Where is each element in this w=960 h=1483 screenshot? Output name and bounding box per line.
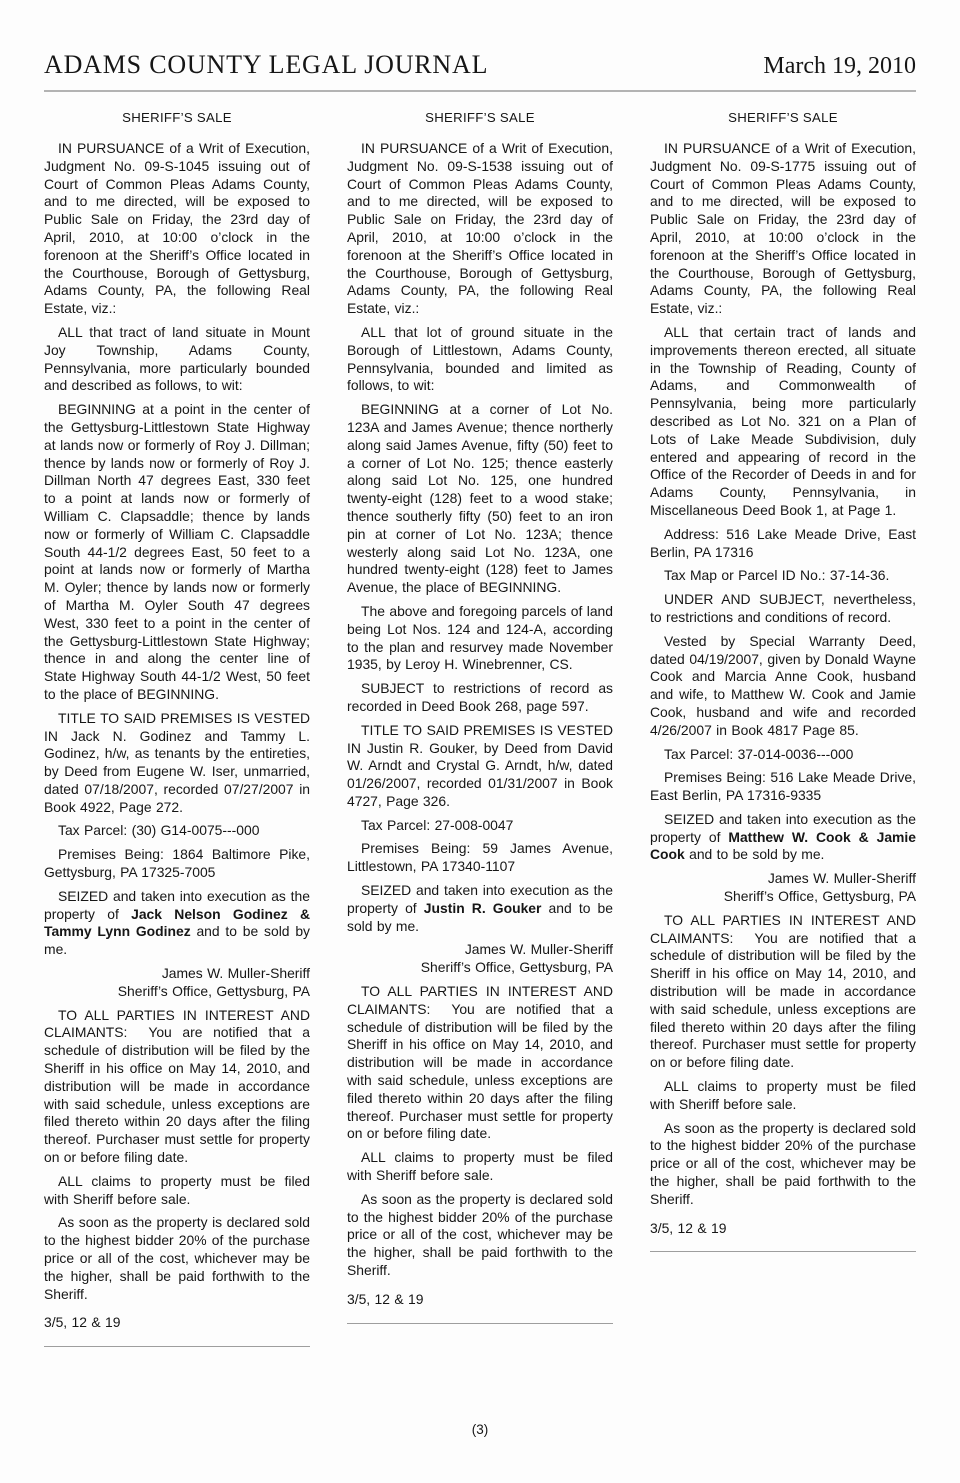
column-end-rule — [347, 1323, 613, 1324]
premises-line: Premises Being: 516 Lake Meade Drive, Ea… — [650, 769, 916, 805]
tax-parcel-line: Tax Parcel: (30) G14-0075---000 — [44, 822, 310, 840]
notice-heading: SHERIFF’S SALE — [44, 110, 310, 125]
metes-bounds-paragraph: BEGINNING at a corner of Lot No. 123A an… — [347, 401, 613, 597]
property-description-paragraph: ALL that tract of land situate in Mount … — [44, 324, 310, 395]
issue-date: March 19, 2010 — [763, 53, 916, 80]
notice-to-parties-paragraph: TO ALL PARTIES IN INTEREST AND CLAIMANTS… — [44, 1007, 310, 1167]
notice-columns: SHERIFF’S SALE IN PURSUANCE of a Writ of… — [0, 92, 960, 1347]
property-description-paragraph: ALL that certain tract of lands and impr… — [650, 324, 916, 520]
tax-parcel-line: Tax Parcel: 37-014-0036---000 — [650, 746, 916, 764]
page-number: (3) — [0, 1422, 960, 1437]
run-dates: 3/5, 12 & 19 — [347, 1291, 613, 1309]
seized-paragraph: SEIZED and taken into execution as the p… — [44, 888, 310, 959]
notice-heading: SHERIFF’S SALE — [650, 110, 916, 125]
claims-paragraph: ALL claims to property must be filed wit… — [650, 1078, 916, 1114]
journal-title: ADAMS COUNTY LEGAL JOURNAL — [44, 50, 488, 80]
subject-restrictions-paragraph: SUBJECT to restrictions of record as rec… — [347, 680, 613, 716]
address-line: Address: 516 Lake Meade Drive, East Berl… — [650, 526, 916, 562]
parcels-note-paragraph: The above and foregoing parcels of land … — [347, 603, 613, 674]
premises-line: Premises Being: 59 James Avenue, Littles… — [347, 840, 613, 876]
sheriff-signature: James W. Muller-SheriffSheriff’s Office,… — [650, 870, 916, 906]
tax-parcel-line: Tax Parcel: 27-008-0047 — [347, 817, 613, 835]
pursuance-paragraph: IN PURSUANCE of a Writ of Execution, Jud… — [347, 140, 613, 318]
premises-line: Premises Being: 1864 Baltimore Pike, Get… — [44, 846, 310, 882]
column-end-rule — [44, 1346, 310, 1347]
column-3: SHERIFF’S SALE IN PURSUANCE of a Writ of… — [650, 110, 916, 1347]
pursuance-paragraph: IN PURSUANCE of a Writ of Execution, Jud… — [650, 140, 916, 318]
deposit-paragraph: As soon as the property is declared sold… — [650, 1120, 916, 1209]
seized-paragraph: SEIZED and taken into execution as the p… — [347, 882, 613, 935]
journal-page: ADAMS COUNTY LEGAL JOURNAL March 19, 201… — [0, 0, 960, 1483]
defendant-names: Justin R. Gouker — [424, 900, 542, 916]
title-vested-paragraph: TITLE TO SAID PREMISES IS VESTED IN Just… — [347, 722, 613, 811]
sheriff-signature: James W. Muller-SheriffSheriff’s Office,… — [44, 965, 310, 1001]
title-vested-paragraph: TITLE TO SAID PREMISES IS VESTED IN Jack… — [44, 710, 310, 817]
sheriff-signature: James W. Muller-SheriffSheriff’s Office,… — [347, 941, 613, 977]
page-header: ADAMS COUNTY LEGAL JOURNAL March 19, 201… — [0, 0, 960, 80]
notice-to-parties-paragraph: TO ALL PARTIES IN INTEREST AND CLAIMANTS… — [347, 983, 613, 1143]
sheriff-name: James W. Muller-Sheriff — [347, 941, 613, 959]
sheriff-office: Sheriff’s Office, Gettysburg, PA — [44, 983, 310, 1001]
sheriff-name: James W. Muller-Sheriff — [44, 965, 310, 983]
metes-bounds-paragraph: BEGINNING at a point in the center of th… — [44, 401, 310, 704]
run-dates: 3/5, 12 & 19 — [44, 1314, 310, 1332]
notice-heading: SHERIFF’S SALE — [347, 110, 613, 125]
claims-paragraph: ALL claims to property must be filed wit… — [347, 1149, 613, 1185]
seized-paragraph: SEIZED and taken into execution as the p… — [650, 811, 916, 864]
pursuance-paragraph: IN PURSUANCE of a Writ of Execution, Jud… — [44, 140, 310, 318]
sheriff-office: Sheriff’s Office, Gettysburg, PA — [347, 959, 613, 977]
deposit-paragraph: As soon as the property is declared sold… — [347, 1191, 613, 1280]
sheriff-name: James W. Muller-Sheriff — [650, 870, 916, 888]
claims-paragraph: ALL claims to property must be filed wit… — [44, 1173, 310, 1209]
notice-to-parties-paragraph: TO ALL PARTIES IN INTEREST AND CLAIMANTS… — [650, 912, 916, 1072]
deposit-paragraph: As soon as the property is declared sold… — [44, 1214, 310, 1303]
column-2: SHERIFF’S SALE IN PURSUANCE of a Writ of… — [347, 110, 613, 1347]
seized-post: and to be sold by me. — [685, 846, 825, 862]
vested-deed-paragraph: Vested by Special Warranty Deed, dated 0… — [650, 633, 916, 740]
column-end-rule — [650, 1251, 916, 1252]
tax-map-line: Tax Map or Parcel ID No.: 37-14-36. — [650, 567, 916, 585]
run-dates: 3/5, 12 & 19 — [650, 1220, 916, 1238]
property-description-paragraph: ALL that lot of ground situate in the Bo… — [347, 324, 613, 395]
under-subject-paragraph: UNDER AND SUBJECT, nevertheless, to rest… — [650, 591, 916, 627]
sheriff-office: Sheriff’s Office, Gettysburg, PA — [650, 888, 916, 906]
column-1: SHERIFF’S SALE IN PURSUANCE of a Writ of… — [44, 110, 310, 1347]
